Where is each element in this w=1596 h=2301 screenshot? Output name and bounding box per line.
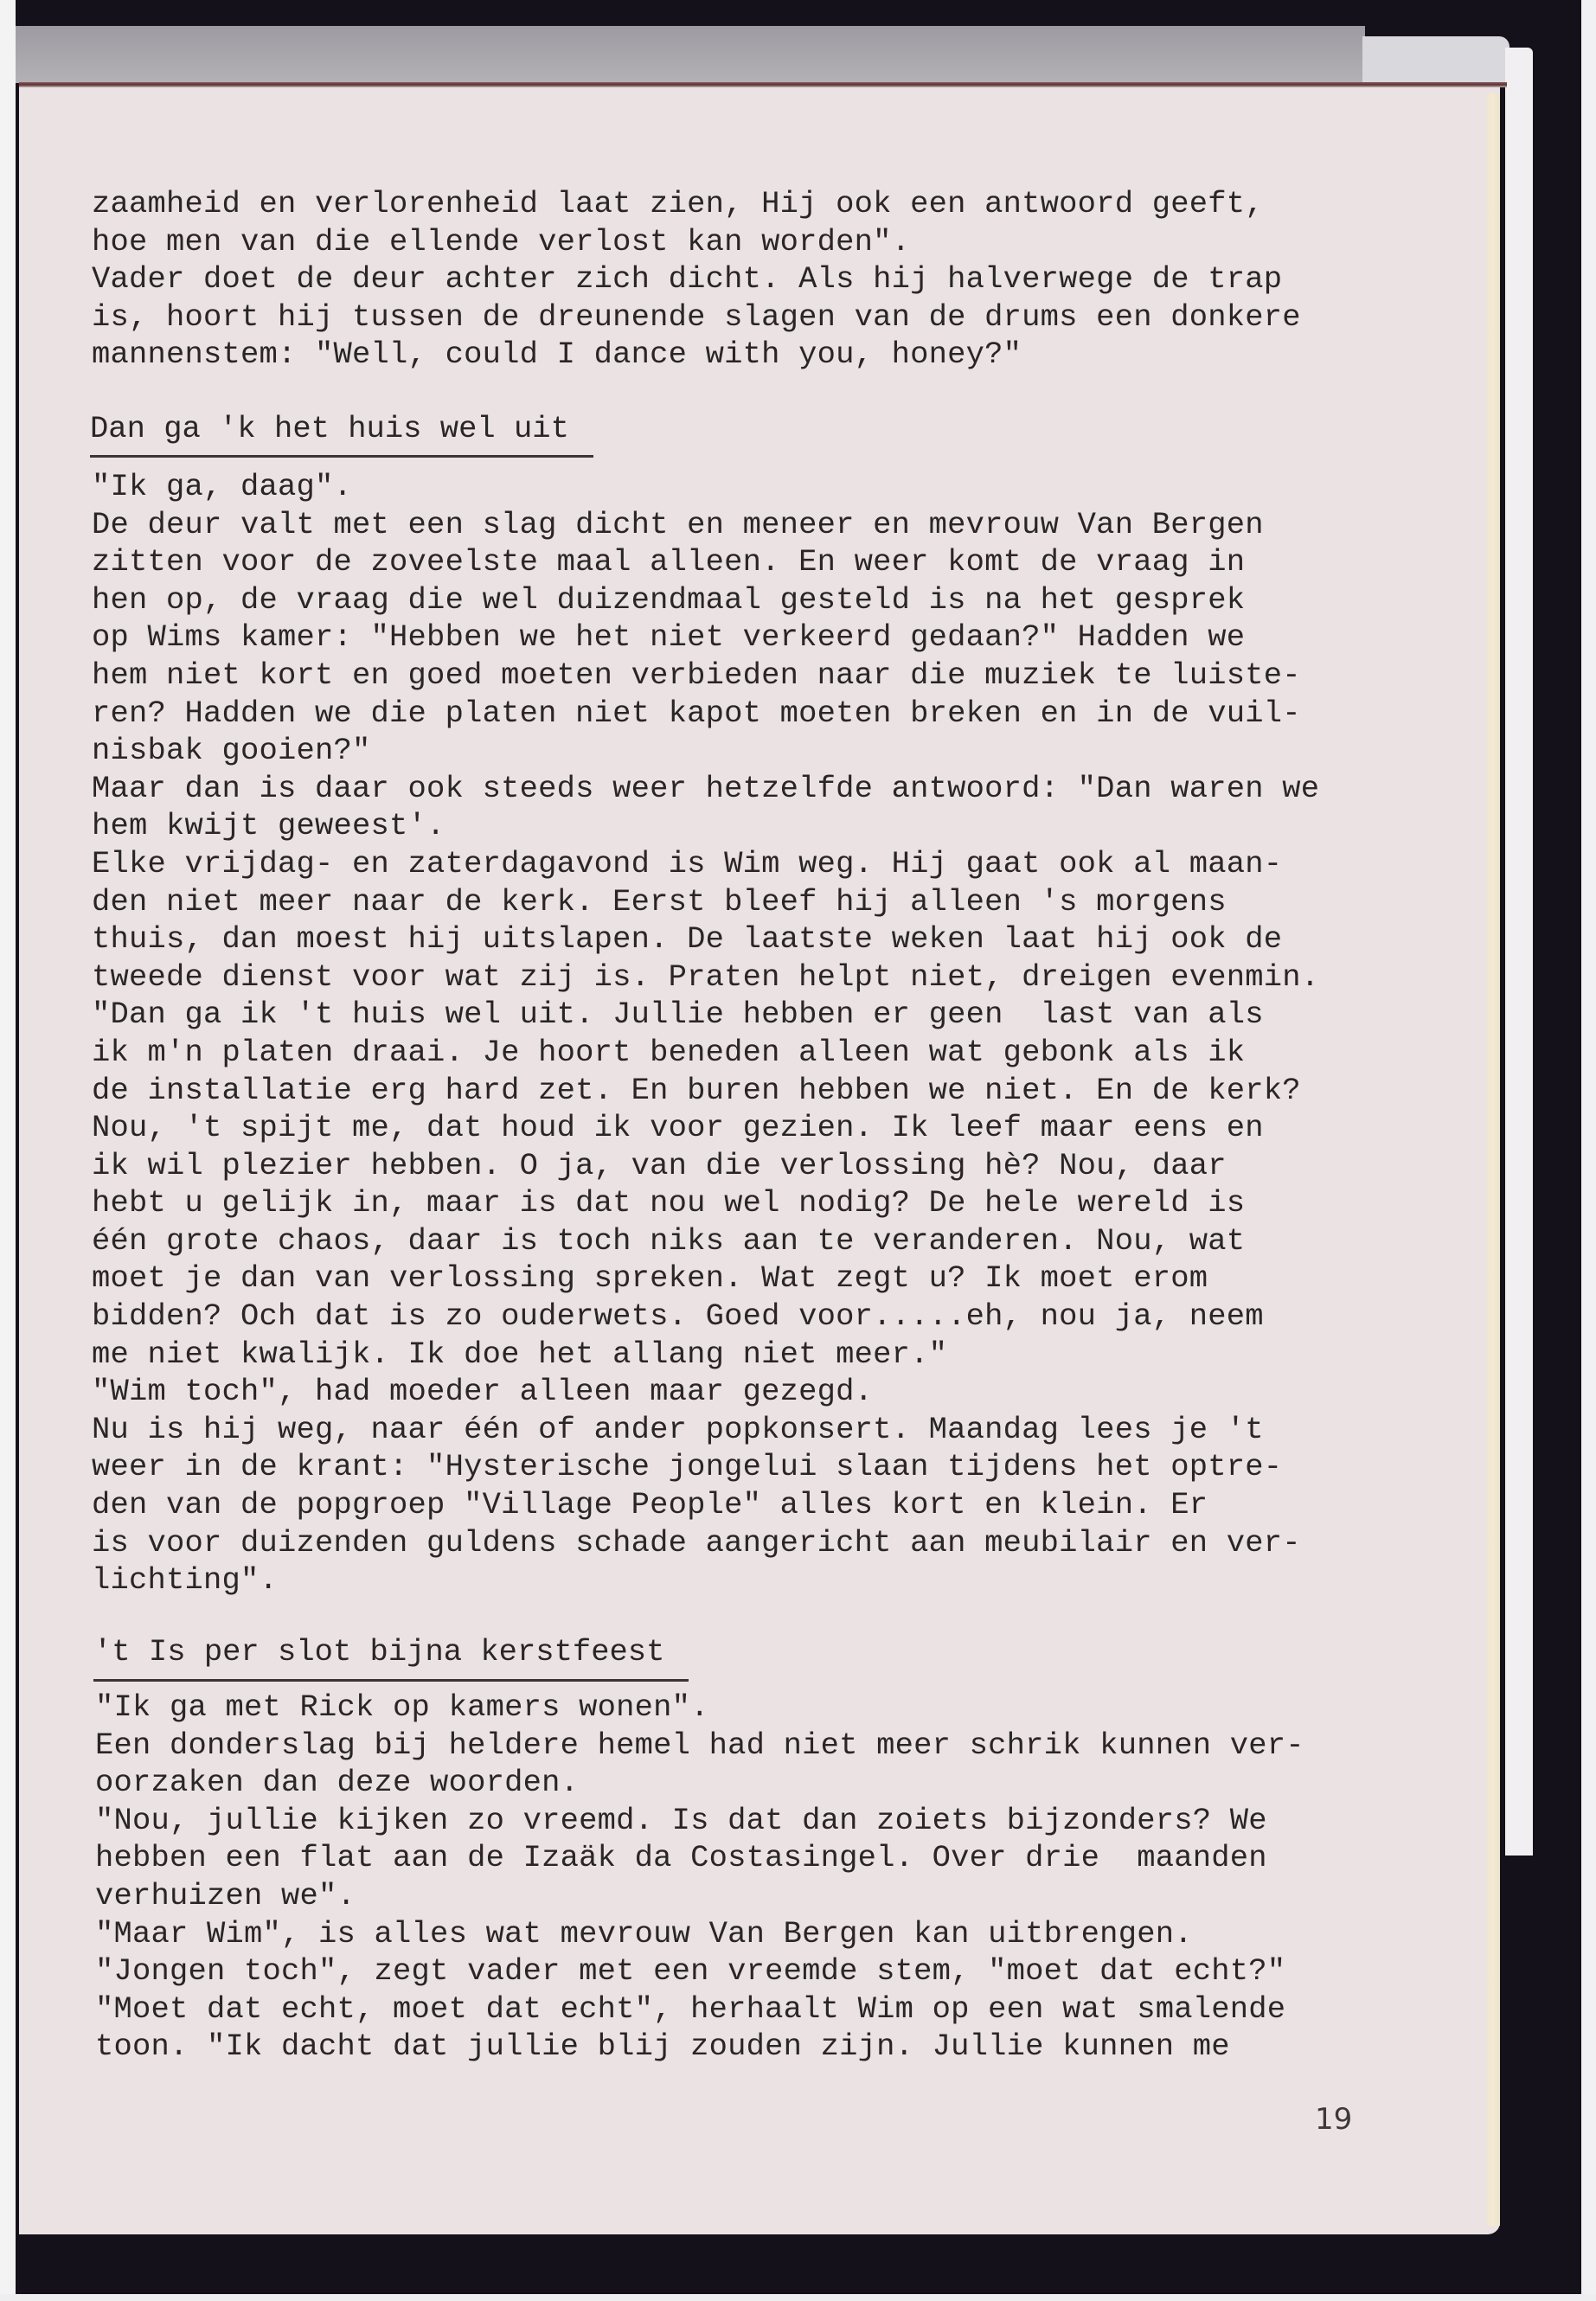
- text-line: is voor duizenden guldens schade aangeri…: [92, 1524, 1319, 1562]
- text-line: mannenstem: "Well, could I dance with yo…: [92, 336, 1301, 374]
- text-line: "Moet dat echt, moet dat echt", herhaalt…: [95, 1990, 1304, 2029]
- text-line: bidden? Och dat is zo ouderwets. Goed vo…: [92, 1298, 1319, 1336]
- section-heading-2: 't Is per slot bijna kerstfeest: [93, 1633, 664, 1671]
- text-line: hem kwijt geweest'.: [92, 807, 1319, 845]
- text-line: hebben een flat aan de Izaäk da Costasin…: [95, 1839, 1304, 1877]
- text-line: me niet kwalijk. Ik doe het allang niet …: [92, 1336, 1319, 1374]
- text-line: hen op, de vraag die wel duizendmaal ges…: [92, 581, 1319, 619]
- text-line: "Ik ga met Rick op kamers wonen".: [95, 1689, 1304, 1727]
- text-line: thuis, dan moest hij uitslapen. De laats…: [92, 920, 1319, 958]
- text-line: nisbak gooien?": [92, 732, 1319, 770]
- text-line: moet je dan van verlossing spreken. Wat …: [92, 1259, 1319, 1298]
- paragraph-block-1: zaamheid en verlorenheid laat zien, Hij …: [92, 185, 1301, 374]
- text-line: ren? Hadden we die platen niet kapot moe…: [92, 695, 1319, 733]
- text-line: ik m'n platen draai. Je hoort beneden al…: [92, 1034, 1319, 1072]
- text-line: "Maar Wim", is alles wat mevrouw Van Ber…: [95, 1915, 1304, 1953]
- text-line: "Nou, jullie kijken zo vreemd. Is dat da…: [95, 1802, 1304, 1840]
- page-number: 19: [1315, 2102, 1352, 2137]
- paragraph-block-3: "Ik ga met Rick op kamers wonen".Een don…: [95, 1689, 1304, 2066]
- text-line: "Dan ga ik 't huis wel uit. Jullie hebbe…: [92, 996, 1319, 1034]
- text-line: oorzaken dan deze woorden.: [95, 1764, 1304, 1802]
- text-line: Nou, 't spijt me, dat houd ik voor gezie…: [92, 1109, 1319, 1147]
- text-line: Maar dan is daar ook steeds weer hetzelf…: [92, 770, 1319, 808]
- text-line: toon. "Ik dacht dat jullie blij zouden z…: [95, 2028, 1304, 2066]
- text-line: Nu is hij weg, naar één of ander popkons…: [92, 1411, 1319, 1449]
- text-line: is, hoort hij tussen de dreunende slagen…: [92, 298, 1301, 336]
- text-line: De deur valt met een slag dicht en menee…: [92, 506, 1319, 544]
- heading-2-underline: [93, 1679, 689, 1682]
- book-corner: [1362, 36, 1509, 85]
- text-line: Vader doet de deur achter zich dicht. Al…: [92, 260, 1301, 298]
- text-line: hoe men van die ellende verlost kan word…: [92, 223, 1301, 261]
- text-line: Elke vrijdag- en zaterdagavond is Wim we…: [92, 845, 1319, 883]
- text-line: zaamheid en verlorenheid laat zien, Hij …: [92, 185, 1301, 223]
- text-line: den van de popgroep "Village People" all…: [92, 1486, 1319, 1524]
- text-line: tweede dienst voor wat zij is. Praten he…: [92, 958, 1319, 997]
- text-line: zitten voor de zoveelste maal alleen. En…: [92, 543, 1319, 581]
- text-line: ik wil plezier hebben. O ja, van die ver…: [92, 1147, 1319, 1185]
- text-line: "Jongen toch", zegt vader met een vreemd…: [95, 1952, 1304, 1990]
- paragraph-block-2: "Ik ga, daag".De deur valt met een slag …: [92, 468, 1319, 1599]
- text-line: "Wim toch", had moeder alleen maar gezeg…: [92, 1373, 1319, 1411]
- book-top-edge: [16, 26, 1365, 83]
- scan-border-left: [0, 0, 16, 2301]
- back-page-edge: [1505, 48, 1533, 1856]
- text-line: den niet meer naar de kerk. Eerst bleef …: [92, 883, 1319, 921]
- scan-border-bottom: [0, 2294, 1596, 2301]
- text-line: weer in de krant: "Hysterische jongelui …: [92, 1448, 1319, 1486]
- text-line: lichting".: [92, 1561, 1319, 1599]
- text-line: de installatie erg hard zet. En buren he…: [92, 1072, 1319, 1110]
- section-heading-1: Dan ga 'k het huis wel uit: [90, 410, 569, 448]
- text-line: één grote chaos, daar is toch niks aan t…: [92, 1222, 1319, 1260]
- heading-1-underline: [90, 455, 593, 458]
- text-line: hebt u gelijk in, maar is dat nou wel no…: [92, 1184, 1319, 1222]
- scan-border-right: [1581, 0, 1596, 2301]
- text-line: "Ik ga, daag".: [92, 468, 1319, 506]
- text-line: hem niet kort en goed moeten verbieden n…: [92, 657, 1319, 695]
- text-line: Een donderslag bij heldere hemel had nie…: [95, 1727, 1304, 1765]
- page-right-edge: [1486, 93, 1500, 2226]
- text-line: verhuizen we".: [95, 1877, 1304, 1915]
- text-line: op Wims kamer: "Hebben we het niet verke…: [92, 619, 1319, 657]
